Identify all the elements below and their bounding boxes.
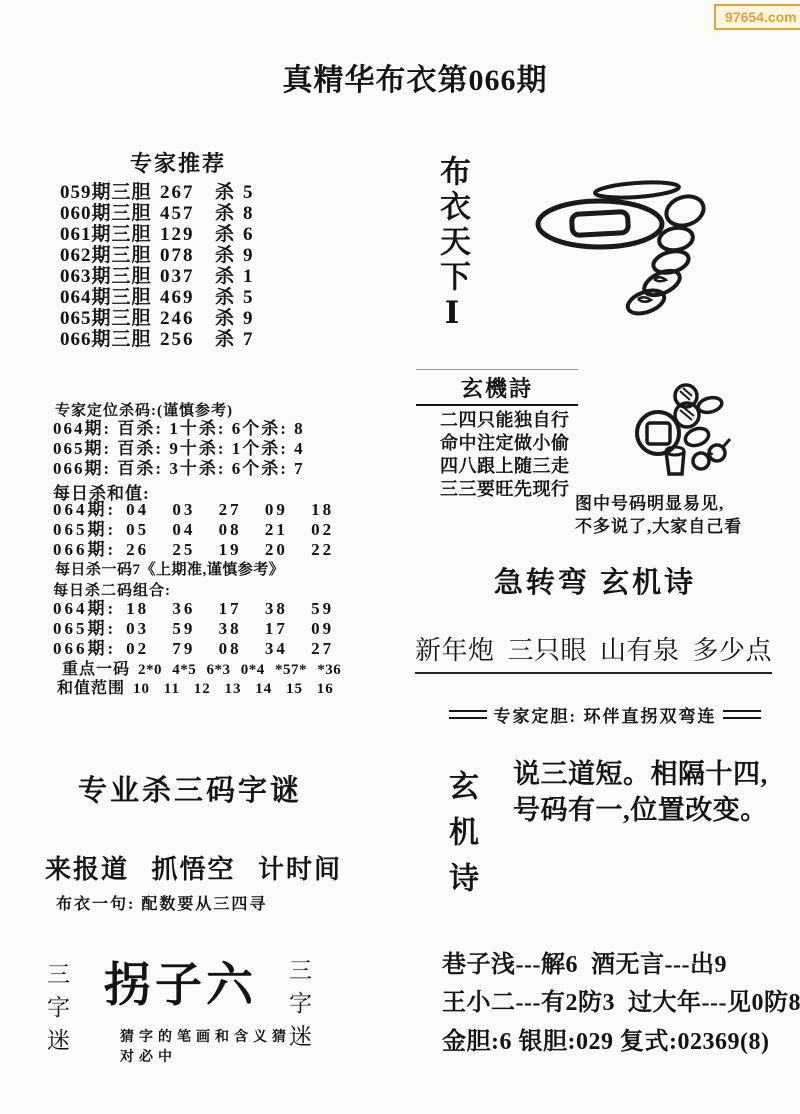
row-kill: 1 <box>243 266 253 287</box>
position-kill-header: 专家定位杀码:(谨慎参考) <box>55 399 233 420</box>
row-dan: 037 <box>160 266 215 287</box>
row-period: 060期三胆 <box>60 203 160 224</box>
row-period: 065期三胆 <box>60 308 160 329</box>
three-char-riddle-label-left: 三字迷 <box>40 962 73 1061</box>
row-kill: 9 <box>243 308 253 329</box>
sharp-turn-riddle: 新年炮 三只眼 山有泉 多少点 <box>415 630 772 674</box>
row-kill-label: 杀 <box>215 266 243 287</box>
row-period: 066期三胆 <box>60 329 160 350</box>
daily-kill-sum-rows: 064期:04 03 27 09 18 065期:05 04 08 21 02 … <box>53 500 334 560</box>
mystic-poem2-vertical-label: 玄机诗 <box>438 770 482 940</box>
row-dan: 078 <box>160 245 215 266</box>
mystic-poem-box: 玄機詩 二四只能独自行 命中注定做小偷 四八跟上随三走 三三要旺先现行 <box>416 369 578 501</box>
row-period: 065期: <box>53 520 116 540</box>
row-kill: 9 <box>243 245 253 266</box>
number-row: 065期:05 04 08 21 02 <box>53 520 334 540</box>
row-dan: 256 <box>160 329 215 350</box>
mystic-poem2-line: 号码有一,位置改变。 <box>513 788 768 827</box>
row-period: 066期: <box>53 540 116 560</box>
row-kill-label: 杀 <box>215 182 243 203</box>
kill-three-code-riddle-header: 专业杀三码字谜 <box>40 768 340 809</box>
daily-two-code-header: 每日杀二码组合: <box>53 579 171 600</box>
position-kill-rows: 064期: 百杀: 1十杀: 6个杀: 8 065期: 百杀: 9十杀: 1个杀… <box>53 419 305 479</box>
row-kill-label: 杀 <box>215 245 243 266</box>
row-kill-label: 杀 <box>215 287 243 308</box>
poem-line: 二四只能独自行 <box>440 409 578 432</box>
row-values: 03 59 38 17 09 <box>126 619 334 638</box>
sharp-turn-header: 急转弯 玄机诗 <box>415 560 775 601</box>
row-kill: 7 <box>243 329 253 350</box>
row-kill-label: 杀 <box>215 329 243 350</box>
row-period: 063期三胆 <box>60 266 160 287</box>
row-values: 18 36 17 38 59 <box>126 599 334 618</box>
daily-two-code-rows: 064期:18 36 17 38 59 065期:03 59 38 17 09 … <box>53 599 334 659</box>
expert-recommend-header: 专家推荐 <box>48 147 308 178</box>
number-row: 064期:18 36 17 38 59 <box>53 599 334 619</box>
poem-line: 三三要旺先现行 <box>440 478 578 501</box>
row-period: 062期三胆 <box>60 245 160 266</box>
site-badge-link[interactable]: 97654.com <box>714 4 800 30</box>
table-row: 061期三胆129杀6 <box>60 224 360 245</box>
doodle-caption: 图中号码明显易见, <box>575 489 724 514</box>
expert-dan-line: 专家定胆: 环伴直拐双弯连 <box>410 702 800 727</box>
sum-range-label: 和值范围 <box>57 680 125 697</box>
table-row: 062期三胆078杀9 <box>60 245 360 266</box>
gold-silver-dan-line: 金胆:6 银胆:029 复式:02369(8) <box>442 1021 769 1056</box>
row-dan: 129 <box>160 224 215 245</box>
row-period: 065期: <box>53 619 116 639</box>
table-row: 065期三胆246杀9 <box>60 308 360 329</box>
position-kill-row: 064期: 百杀: 1十杀: 6个杀: 8 <box>53 419 305 439</box>
number-row: 064期:04 03 27 09 18 <box>53 500 334 520</box>
row-dan: 469 <box>160 287 215 308</box>
objects-doodle <box>628 381 733 483</box>
row-dan: 457 <box>160 203 215 224</box>
mystic-poem-lines: 二四只能独自行 命中注定做小偷 四八跟上随三走 三三要旺先现行 <box>416 406 578 501</box>
table-row: 066期三胆256杀7 <box>60 329 360 350</box>
position-kill-row: 066期: 百杀: 3十杀: 6个杀: 7 <box>53 459 305 479</box>
row-kill: 5 <box>243 182 253 203</box>
three-char-riddle-note: 对必中 <box>120 1046 177 1066</box>
row-period: 064期三胆 <box>60 287 160 308</box>
double-line-decor <box>723 710 761 719</box>
position-kill-row: 065期: 百杀: 9十杀: 1个杀: 4 <box>53 439 305 459</box>
poem-line: 四八跟上随三走 <box>440 455 578 478</box>
buyi-tianxia-vertical-title: 布衣天下Ⅰ <box>430 155 475 345</box>
table-row: 060期三胆457杀8 <box>60 203 360 224</box>
row-period: 064期: <box>53 500 116 520</box>
coin-doodle <box>533 176 718 318</box>
table-row: 063期三胆037杀1 <box>60 266 360 287</box>
row-values: 05 04 08 21 02 <box>126 520 334 539</box>
row-kill-label: 杀 <box>215 308 243 329</box>
sum-range-line: 和值范围10 11 12 13 14 15 16 <box>57 675 334 698</box>
daily-kill-one-line: 每日杀一码7《上期准,谨慎参考》 <box>55 558 284 579</box>
row-kill: 5 <box>243 287 253 308</box>
row-period: 061期三胆 <box>60 224 160 245</box>
three-char-riddle-note: 猜字的笔画和含义猜 <box>120 1026 291 1046</box>
number-row: 065期:03 59 38 17 09 <box>53 619 334 639</box>
row-kill: 8 <box>243 203 253 224</box>
page-title: 真精华布衣第066期 <box>0 55 800 99</box>
table-row: 064期三胆469杀5 <box>60 287 360 308</box>
expert-dan-text: 专家定胆: 环伴直拐双弯连 <box>494 702 717 727</box>
solution-line: 巷子浅---解6 酒无言---出9 <box>442 944 727 979</box>
row-kill: 6 <box>243 224 253 245</box>
double-line-decor <box>449 710 487 719</box>
tip-sheet-page: 97654.com 真精华布衣第066期 专家推荐 059期三胆267杀5 06… <box>0 0 800 1114</box>
row-kill-label: 杀 <box>215 203 243 224</box>
mystic-poem-title: 玄機詩 <box>416 372 578 406</box>
number-row: 066期:26 25 19 20 22 <box>53 540 334 560</box>
sum-range-values: 10 11 12 13 14 15 16 <box>133 681 334 697</box>
row-values: 04 03 27 09 18 <box>126 500 334 519</box>
poem-line: 命中注定做小偷 <box>440 432 578 455</box>
row-dan: 267 <box>160 182 215 203</box>
table-row: 059期三胆267杀5 <box>60 182 360 203</box>
three-char-riddle-answer: 拐子六 <box>104 948 257 1015</box>
row-period: 064期: <box>53 599 116 619</box>
solution-line: 王小二---有2防3 过大年---见0防8 <box>442 982 800 1017</box>
doodle-caption: 不多说了,大家自己看 <box>575 512 742 537</box>
mystic-poem2-line: 说三道短。相隔十四, <box>513 752 768 791</box>
buyi-sentence: 布衣一句: 配数要从三四寻 <box>56 891 267 914</box>
expert-recommend-table: 059期三胆267杀5 060期三胆457杀8 061期三胆129杀6 062期… <box>60 182 360 350</box>
riddle-line: 来报道 抓悟空 计时间 <box>45 849 342 886</box>
row-kill-label: 杀 <box>215 224 243 245</box>
row-period: 059期三胆 <box>60 182 160 203</box>
row-values: 26 25 19 20 22 <box>126 540 334 559</box>
row-dan: 246 <box>160 308 215 329</box>
